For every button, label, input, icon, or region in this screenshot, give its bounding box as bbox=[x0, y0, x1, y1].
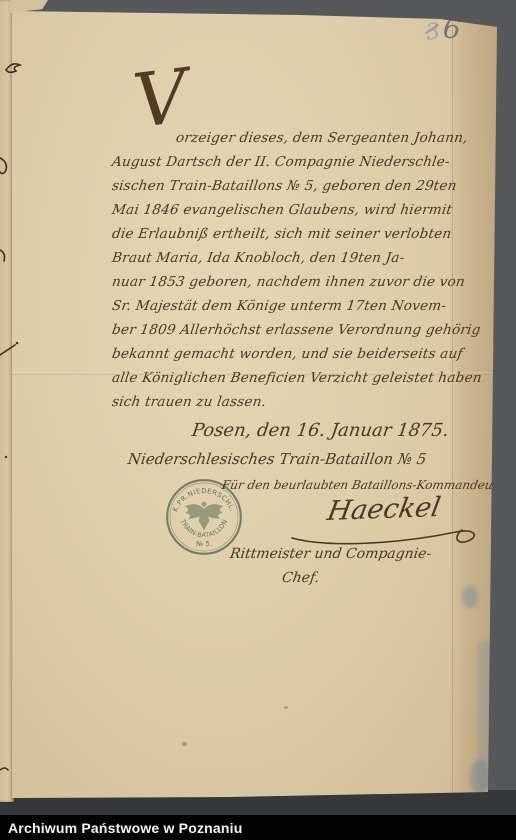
ink-bleed-marks bbox=[0, 0, 30, 810]
unit-name-line: Niederschlesisches Train-Bataillon № 5 bbox=[127, 450, 428, 468]
scan-viewport: 3 6 V orzeiger dieses, dem Sergeanten Jo… bbox=[0, 0, 516, 840]
manuscript-line: die Erlaubniß ertheilt, sich mit seiner … bbox=[110, 222, 491, 246]
signer-title-line: Rittmeister und Compagnie- bbox=[229, 546, 432, 562]
manuscript-line: Mai 1846 evangelischen Glaubens, wird hi… bbox=[110, 198, 491, 222]
manuscript-body: orzeiger dieses, dem Sergeanten Johann, … bbox=[112, 126, 490, 414]
stain-blob bbox=[284, 706, 288, 709]
stamp-number: № 5. bbox=[195, 540, 212, 548]
folio-digit: 6 bbox=[442, 11, 462, 45]
manuscript-line: sischen Train-Bataillons № 5, geboren de… bbox=[110, 174, 491, 198]
stain-blob bbox=[470, 760, 490, 794]
manuscript-line: Braut Maria, Ida Knobloch, den 19ten Ja- bbox=[110, 246, 491, 270]
manuscript-line: Sr. Majestät dem Könige unterm 17ten Nov… bbox=[110, 294, 491, 318]
manuscript-line: nuar 1853 geboren, nachdem ihnen zuvor d… bbox=[110, 270, 491, 294]
official-stamp: K.PR.NIEDERSCHL. TRAIN-BATAILLON № 5. bbox=[164, 477, 244, 557]
manuscript-line: alle Königlichen Beneficien Verzicht gel… bbox=[110, 366, 491, 390]
document-page: 3 6 V orzeiger dieses, dem Sergeanten Jo… bbox=[0, 0, 516, 840]
signer-title-line: Chef. bbox=[281, 570, 320, 586]
manuscript-line: ber 1809 Allerhöchst erlassene Verordnun… bbox=[110, 318, 491, 342]
stain-blob bbox=[462, 586, 478, 608]
manuscript-line: orzeiger dieses, dem Sergeanten Johann, bbox=[174, 126, 491, 150]
archive-footer-label: Archiwum Państwowe w Poznaniu bbox=[8, 820, 243, 836]
dateline: Posen, den 16. Januar 1875. bbox=[191, 420, 451, 441]
stain-blob bbox=[182, 742, 187, 746]
manuscript-line: August Dartsch der II. Compagnie Nieders… bbox=[110, 150, 491, 174]
on-behalf-line: Für den beurlaubten Bataillons-Kommandeu… bbox=[221, 478, 500, 492]
archive-footer-bar: Archiwum Państwowe w Poznaniu bbox=[0, 815, 516, 840]
manuscript-line: sich trauen zu lassen. bbox=[110, 390, 491, 414]
manuscript-line: bekannt gemacht worden, und sie beiderse… bbox=[110, 342, 491, 366]
